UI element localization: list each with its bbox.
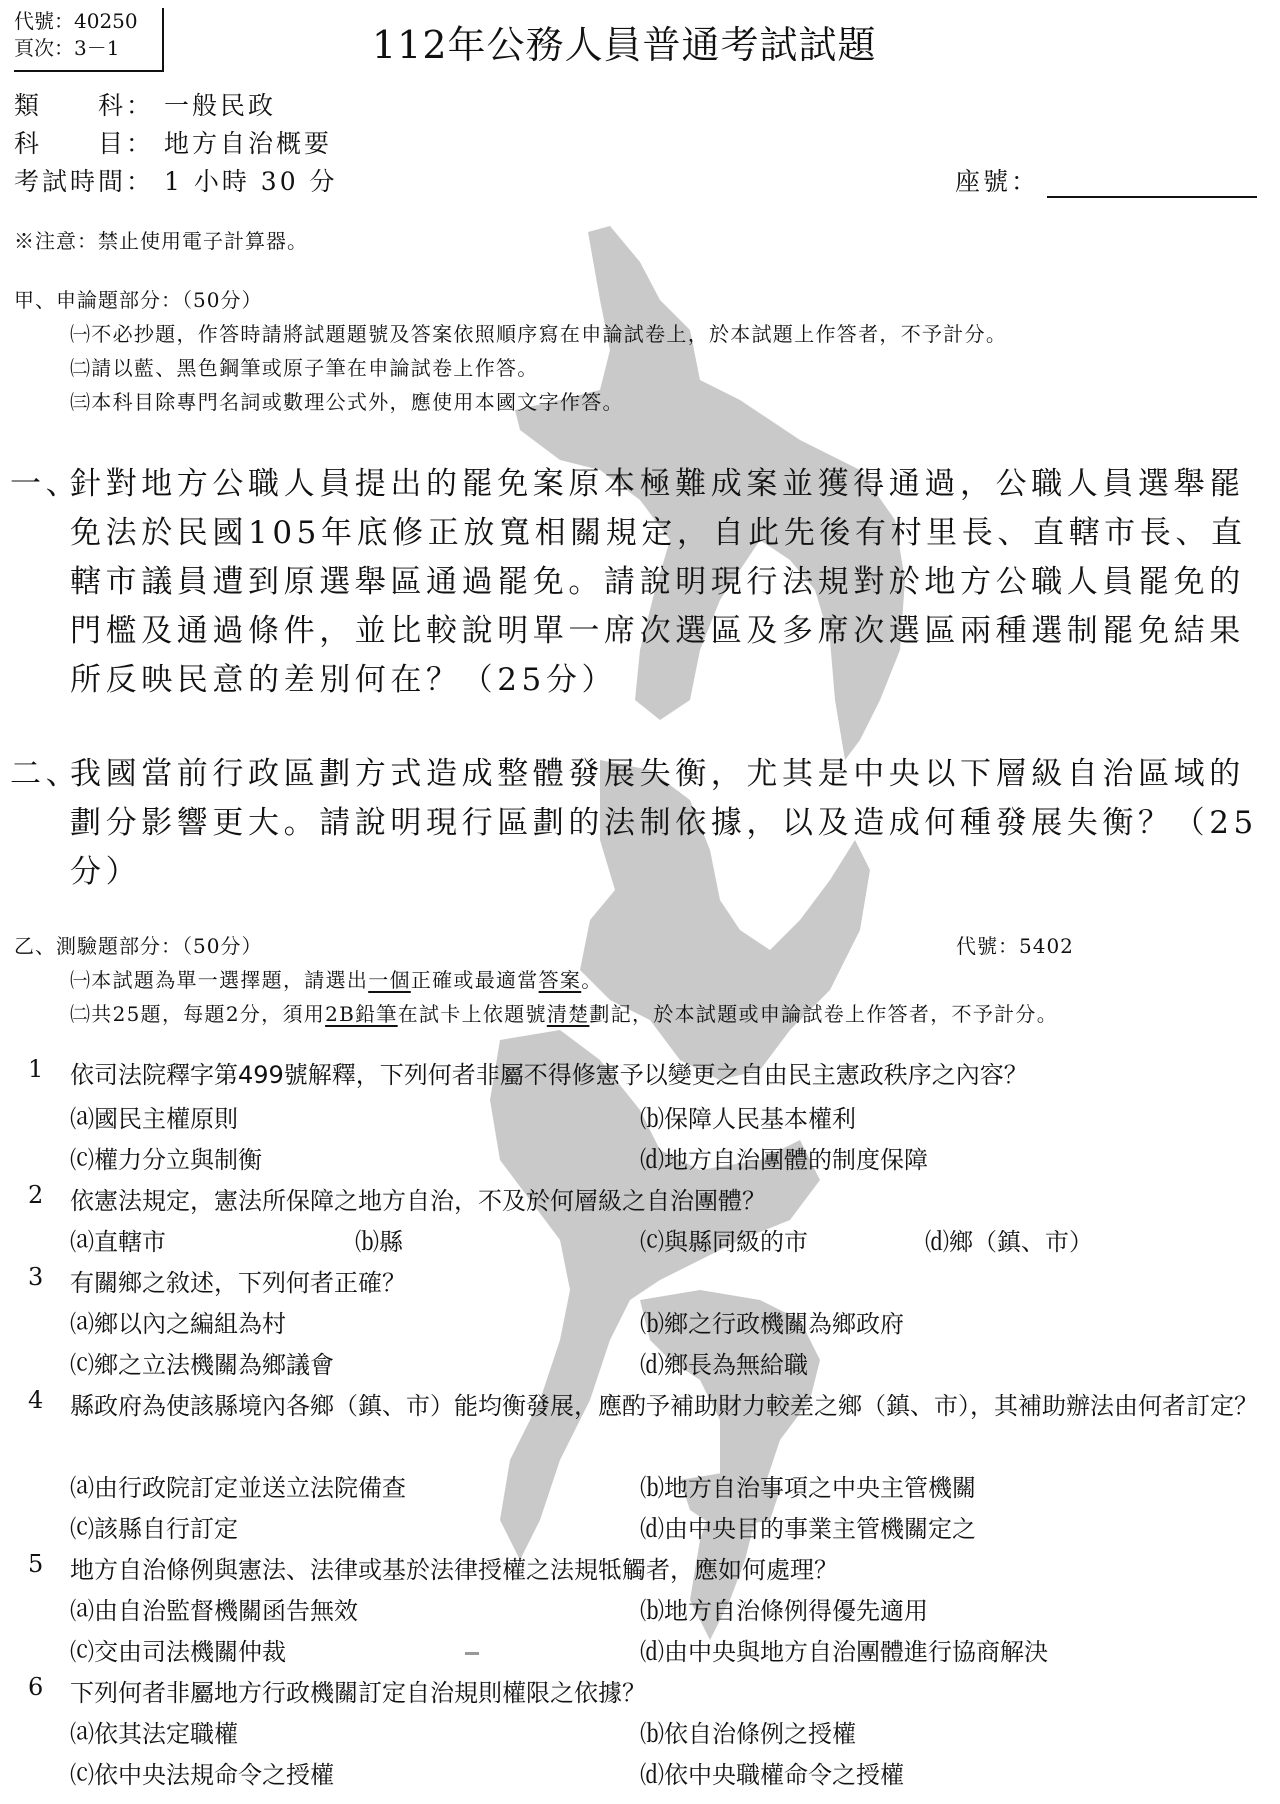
essay-question-2: 二、 我國當前行政區劃方式造成整體發展失衡，尤其是中央以下層級自治區域的劃分影響… bbox=[10, 750, 1270, 897]
option-c: ⒞與縣同級的市 bbox=[640, 1222, 808, 1257]
question-number: 4 bbox=[28, 1386, 43, 1414]
stray-mark bbox=[465, 1652, 479, 1655]
instr-underlined: 答案 bbox=[539, 968, 582, 992]
option-d: ⒟鄉長為無給職 bbox=[640, 1345, 808, 1380]
category-value: 一般民政 bbox=[164, 91, 276, 120]
seat-number-field: 座號： bbox=[955, 162, 1257, 198]
page-title: 112年公務人員普通考試試題 bbox=[372, 14, 877, 69]
option-a: ⒜由自治監督機關函告無效 bbox=[70, 1591, 358, 1626]
category-row: 類 科：一般民政 bbox=[14, 86, 276, 122]
subject-value: 地方自治概要 bbox=[164, 129, 332, 158]
question-text: 依司法院釋字第499號解釋，下列何者非屬不得修憲予以變更之自由民主憲政秩序之內容… bbox=[70, 1055, 1268, 1096]
instr-underlined: 一個 bbox=[368, 968, 411, 992]
subject-row: 科 目：地方自治概要 bbox=[14, 124, 332, 160]
instr-text: 。 bbox=[581, 968, 602, 992]
question-number: 5 bbox=[28, 1550, 43, 1578]
exam-code: 代號：40250 bbox=[14, 8, 162, 35]
instr-text: ㈠本試題為單一選擇題，請選出 bbox=[70, 968, 368, 992]
option-a: ⒜直轄市 bbox=[70, 1222, 166, 1257]
instr-text: 劃記，於本試題或申論試卷上作答者，不予計分。 bbox=[589, 1002, 1058, 1026]
option-c: ⒞鄉之立法機關為鄉議會 bbox=[70, 1345, 334, 1380]
mc-question-1: 1 依司法院釋字第499號解釋，下列何者非屬不得修憲予以變更之自由民主憲政秩序之… bbox=[28, 1055, 1268, 1096]
essay-question-number: 二、 bbox=[10, 750, 81, 799]
time-label: 考試時間： bbox=[14, 162, 164, 198]
question-text: 地方自治條例與憲法、法律或基於法律授權之法規牴觸者，應如何處理？ bbox=[70, 1550, 1268, 1591]
mc-question-6: 6 下列何者非屬地方行政機關訂定自治規則權限之依據？ bbox=[28, 1673, 1268, 1714]
option-b: ⒝依自治條例之授權 bbox=[640, 1714, 856, 1749]
instr-text: 在試卡上依題號 bbox=[398, 1002, 547, 1026]
instr-underlined: 2B鉛筆 bbox=[325, 1002, 398, 1026]
page-number: 頁次：3－1 bbox=[14, 35, 162, 62]
seat-label: 座號： bbox=[955, 167, 1039, 196]
question-number: 1 bbox=[28, 1055, 43, 1083]
calculator-notice: ※注意：禁止使用電子計算器。 bbox=[14, 225, 308, 254]
option-c: ⒞權力分立與制衡 bbox=[70, 1140, 262, 1175]
essay-question-text: 我國當前行政區劃方式造成整體發展失衡，尤其是中央以下層級自治區域的劃分影響更大。… bbox=[70, 750, 1270, 897]
question-number: 3 bbox=[28, 1263, 43, 1291]
question-text: 有關鄉之敘述，下列何者正確？ bbox=[70, 1263, 1268, 1304]
essay-question-text: 針對地方公職人員提出的罷免案原本極難成案並獲得通過，公職人員選舉罷免法於民國10… bbox=[70, 460, 1270, 705]
section-b-code: 代號：5402 bbox=[956, 930, 1074, 959]
section-b-heading: 乙、測驗題部分：（50分） bbox=[14, 930, 262, 959]
section-a-instruction: ㈢本科目除專門名詞或數理公式外，應使用本國文字作答。 bbox=[70, 386, 624, 415]
mc-question-2: 2 依憲法規定，憲法所保障之地方自治，不及於何層級之自治團體？ bbox=[28, 1181, 1268, 1222]
question-text: 縣政府為使該縣境內各鄉（鎮、市）能均衡發展，應酌予補助財力較差之鄉（鎮、市），其… bbox=[70, 1386, 1268, 1427]
essay-question-number: 一、 bbox=[10, 460, 81, 509]
section-a-heading: 甲、申論題部分：（50分） bbox=[14, 284, 262, 313]
instr-underlined: 清楚 bbox=[547, 1002, 590, 1026]
exam-code-box: 代號：40250 頁次：3－1 bbox=[14, 8, 164, 72]
seat-number-blank bbox=[1047, 172, 1257, 198]
option-b: ⒝縣 bbox=[355, 1222, 403, 1257]
option-d: ⒟鄉（鎮、市） bbox=[925, 1222, 1093, 1257]
section-a-instruction: ㈠不必抄題，作答時請將試題題號及答案依照順序寫在申論試卷上，於本試題上作答者，不… bbox=[70, 318, 1007, 347]
option-a: ⒜依其法定職權 bbox=[70, 1714, 238, 1749]
option-d: ⒟地方自治團體的制度保障 bbox=[640, 1140, 928, 1175]
option-b: ⒝地方自治條例得優先適用 bbox=[640, 1591, 928, 1626]
option-a: ⒜鄉以內之編組為村 bbox=[70, 1304, 286, 1339]
time-row: 考試時間：1 小時 30 分 bbox=[14, 162, 338, 198]
option-c: ⒞該縣自行訂定 bbox=[70, 1509, 238, 1544]
question-number: 2 bbox=[28, 1181, 43, 1209]
category-label: 類 科： bbox=[14, 86, 164, 122]
section-a-instruction: ㈡請以藍、黑色鋼筆或原子筆在申論試卷上作答。 bbox=[70, 352, 539, 381]
option-b: ⒝地方自治事項之中央主管機關 bbox=[640, 1468, 976, 1503]
time-value: 1 小時 30 分 bbox=[164, 167, 338, 196]
question-text: 下列何者非屬地方行政機關訂定自治規則權限之依據？ bbox=[70, 1673, 1268, 1714]
section-b-instruction-1: ㈠本試題為單一選擇題，請選出一個正確或最適當答案。 bbox=[70, 964, 603, 993]
option-b: ⒝保障人民基本權利 bbox=[640, 1099, 856, 1134]
option-c: ⒞交由司法機關仲裁 bbox=[70, 1632, 286, 1667]
question-number: 6 bbox=[28, 1673, 43, 1701]
subject-label: 科 目： bbox=[14, 124, 164, 160]
option-d: ⒟依中央職權命令之授權 bbox=[640, 1755, 904, 1790]
instr-text: ㈡共25題，每題2分，須用 bbox=[70, 1002, 325, 1026]
option-c: ⒞依中央法規命令之授權 bbox=[70, 1755, 334, 1790]
essay-question-1: 一、 針對地方公職人員提出的罷免案原本極難成案並獲得通過，公職人員選舉罷免法於民… bbox=[10, 460, 1270, 705]
option-a: ⒜由行政院訂定並送立法院備查 bbox=[70, 1468, 406, 1503]
option-d: ⒟由中央目的事業主管機關定之 bbox=[640, 1509, 976, 1544]
section-b-instruction-2: ㈡共25題，每題2分，須用2B鉛筆在試卡上依題號清楚劃記，於本試題或申論試卷上作… bbox=[70, 998, 1058, 1027]
question-text: 依憲法規定，憲法所保障之地方自治，不及於何層級之自治團體？ bbox=[70, 1181, 1268, 1222]
mc-question-3: 3 有關鄉之敘述，下列何者正確？ bbox=[28, 1263, 1268, 1304]
option-a: ⒜國民主權原則 bbox=[70, 1099, 238, 1134]
option-d: ⒟由中央與地方自治團體進行協商解決 bbox=[640, 1632, 1048, 1667]
instr-text: 正確或最適當 bbox=[411, 968, 539, 992]
option-b: ⒝鄉之行政機關為鄉政府 bbox=[640, 1304, 904, 1339]
mc-question-5: 5 地方自治條例與憲法、法律或基於法律授權之法規牴觸者，應如何處理？ bbox=[28, 1550, 1268, 1591]
mc-question-4: 4 縣政府為使該縣境內各鄉（鎮、市）能均衡發展，應酌予補助財力較差之鄉（鎮、市）… bbox=[28, 1386, 1268, 1427]
